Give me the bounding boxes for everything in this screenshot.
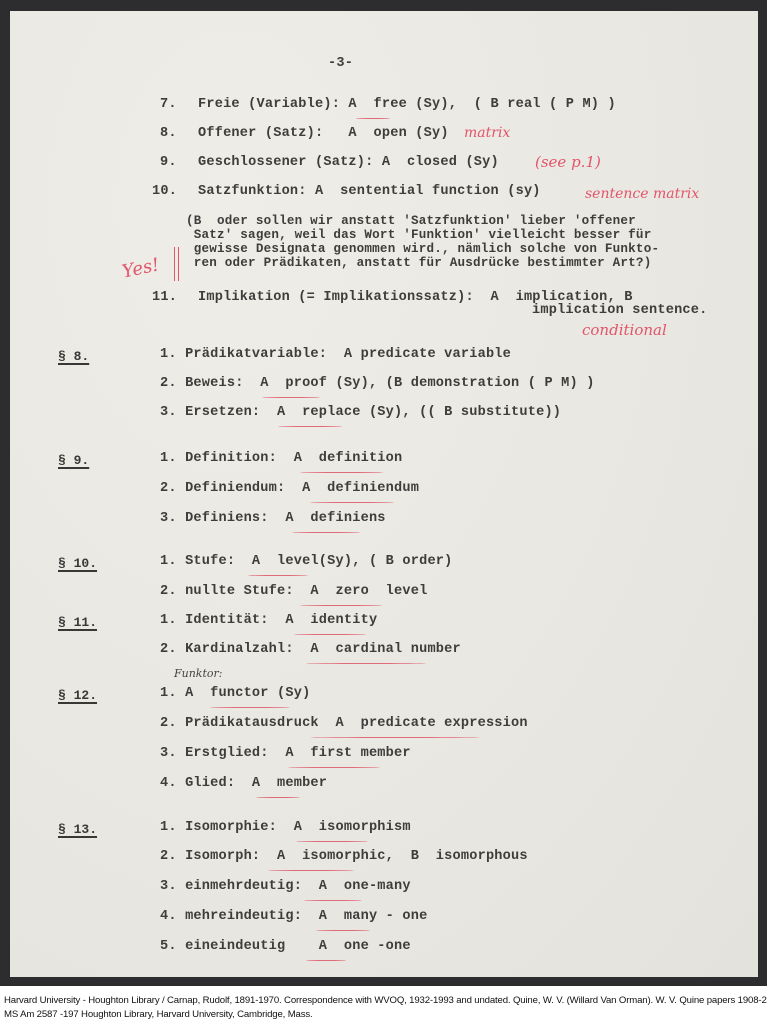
annotation-matrix: matrix: [464, 125, 510, 141]
section-9-item-2: 2. Definiendum: A definiendum: [160, 481, 419, 496]
section-12-item-1: 1. A functor (Sy): [160, 686, 310, 701]
item-9-number: 9.: [160, 155, 177, 170]
section-13-item-1: 1. Isomorphie: A isomorphism: [160, 820, 411, 835]
section-10-label: § 10.: [58, 556, 97, 571]
red-underline: [296, 841, 368, 842]
item-11-line-2: implication sentence.: [532, 303, 708, 318]
red-underline: [306, 663, 426, 664]
item-10-text: Satzfunktion: A sentential function (sy): [198, 184, 541, 199]
section-12-item-2: 2. Prädikatausdruck A predicate expressi…: [160, 716, 528, 731]
annotation-see-p1: (see p.1): [535, 153, 601, 171]
section-9-label: § 9.: [58, 453, 89, 468]
paragraph-line-1: (B oder sollen wir anstatt 'Satzfunktion…: [186, 214, 636, 229]
red-underline: [288, 767, 380, 768]
red-underline: [256, 797, 300, 798]
section-11-item-1: 1. Identität: A identity: [160, 613, 377, 628]
paragraph-line-2: Satz' sagen, weil das Wort 'Funktion' vi…: [186, 228, 651, 242]
section-8-item-3: 3. Ersetzen: A replace (Sy), (( B substi…: [160, 405, 561, 420]
section-8-item-1: 1. Prädikatvariable: A predicate variabl…: [160, 347, 511, 362]
red-underline: [306, 960, 346, 961]
red-underline: [310, 502, 394, 503]
red-underline: [300, 472, 384, 473]
item-8-number: 8.: [160, 126, 177, 141]
caption-line-1: Harvard University - Houghton Library / …: [4, 995, 767, 1006]
item-11-number: 11.: [152, 290, 177, 305]
section-13-label: § 13.: [58, 822, 97, 837]
section-11-item-2: 2. Kardinalzahl: A cardinal number: [160, 642, 461, 657]
red-underline: [316, 930, 370, 931]
section-11-label: § 11.: [58, 615, 97, 630]
red-underline: [278, 426, 342, 427]
red-underline: [294, 634, 366, 635]
paragraph-line-4: ren oder Prädikaten, anstatt für Ausdrüc…: [186, 256, 651, 270]
section-13-item-5: 5. eineindeutig A one -one: [160, 939, 411, 954]
section-13-item-4: 4. mehreindeutig: A many - one: [160, 909, 427, 924]
margin-double-bar: [174, 247, 179, 281]
red-underline: [300, 605, 382, 606]
item-8-text: Offener (Satz): A open (Sy): [198, 126, 449, 141]
section-9-item-3: 3. Definiens: A definiens: [160, 511, 386, 526]
section-12-label: § 12.: [58, 688, 97, 703]
section-12-item-3: 3. Erstglied: A first member: [160, 746, 411, 761]
item-9-text: Geschlossener (Satz): A closed (Sy): [198, 155, 499, 170]
section-8-label: § 8.: [58, 349, 89, 364]
annotation-conditional: conditional: [582, 321, 667, 339]
red-underline: [356, 118, 390, 119]
red-underline: [292, 532, 360, 533]
section-13-item-2: 2. Isomorph: A isomorphic, B isomorphous: [160, 849, 528, 864]
annotation-yes: Yes!: [120, 254, 161, 282]
paragraph-line-3: gewisse Designata genommen wird., nämlic…: [186, 242, 659, 256]
page-number: -3-: [328, 56, 353, 71]
red-underline: [248, 575, 308, 576]
section-13-item-3: 3. einmehrdeutig: A one-many: [160, 879, 411, 894]
section-9-item-1: 1. Definition: A definition: [160, 451, 402, 466]
section-10-item-1: 1. Stufe: A level(Sy), ( B order): [160, 554, 453, 569]
red-underline: [310, 737, 480, 738]
item-7-text: Freie (Variable): A free (Sy), ( B real …: [198, 97, 616, 112]
section-12-item-4: 4. Glied: A member: [160, 776, 327, 791]
red-underline: [210, 707, 290, 708]
item-7-number: 7.: [160, 97, 177, 112]
section-8-item-2: 2. Beweis: A proof (Sy), (B demonstratio…: [160, 376, 595, 391]
red-underline: [268, 870, 354, 871]
caption-line-2: MS Am 2587 -197 Houghton Library, Harvar…: [4, 1009, 313, 1020]
section-10-item-2: 2. nullte Stufe: A zero level: [160, 584, 427, 599]
red-underline: [262, 397, 320, 398]
red-underline: [304, 900, 362, 901]
annotation-funktor: Funktor:: [174, 667, 222, 680]
typewritten-page: -3- 7. Freie (Variable): A free (Sy), ( …: [10, 11, 758, 977]
annotation-sentence-matrix: sentence matrix: [585, 186, 699, 202]
item-10-number: 10.: [152, 184, 177, 199]
